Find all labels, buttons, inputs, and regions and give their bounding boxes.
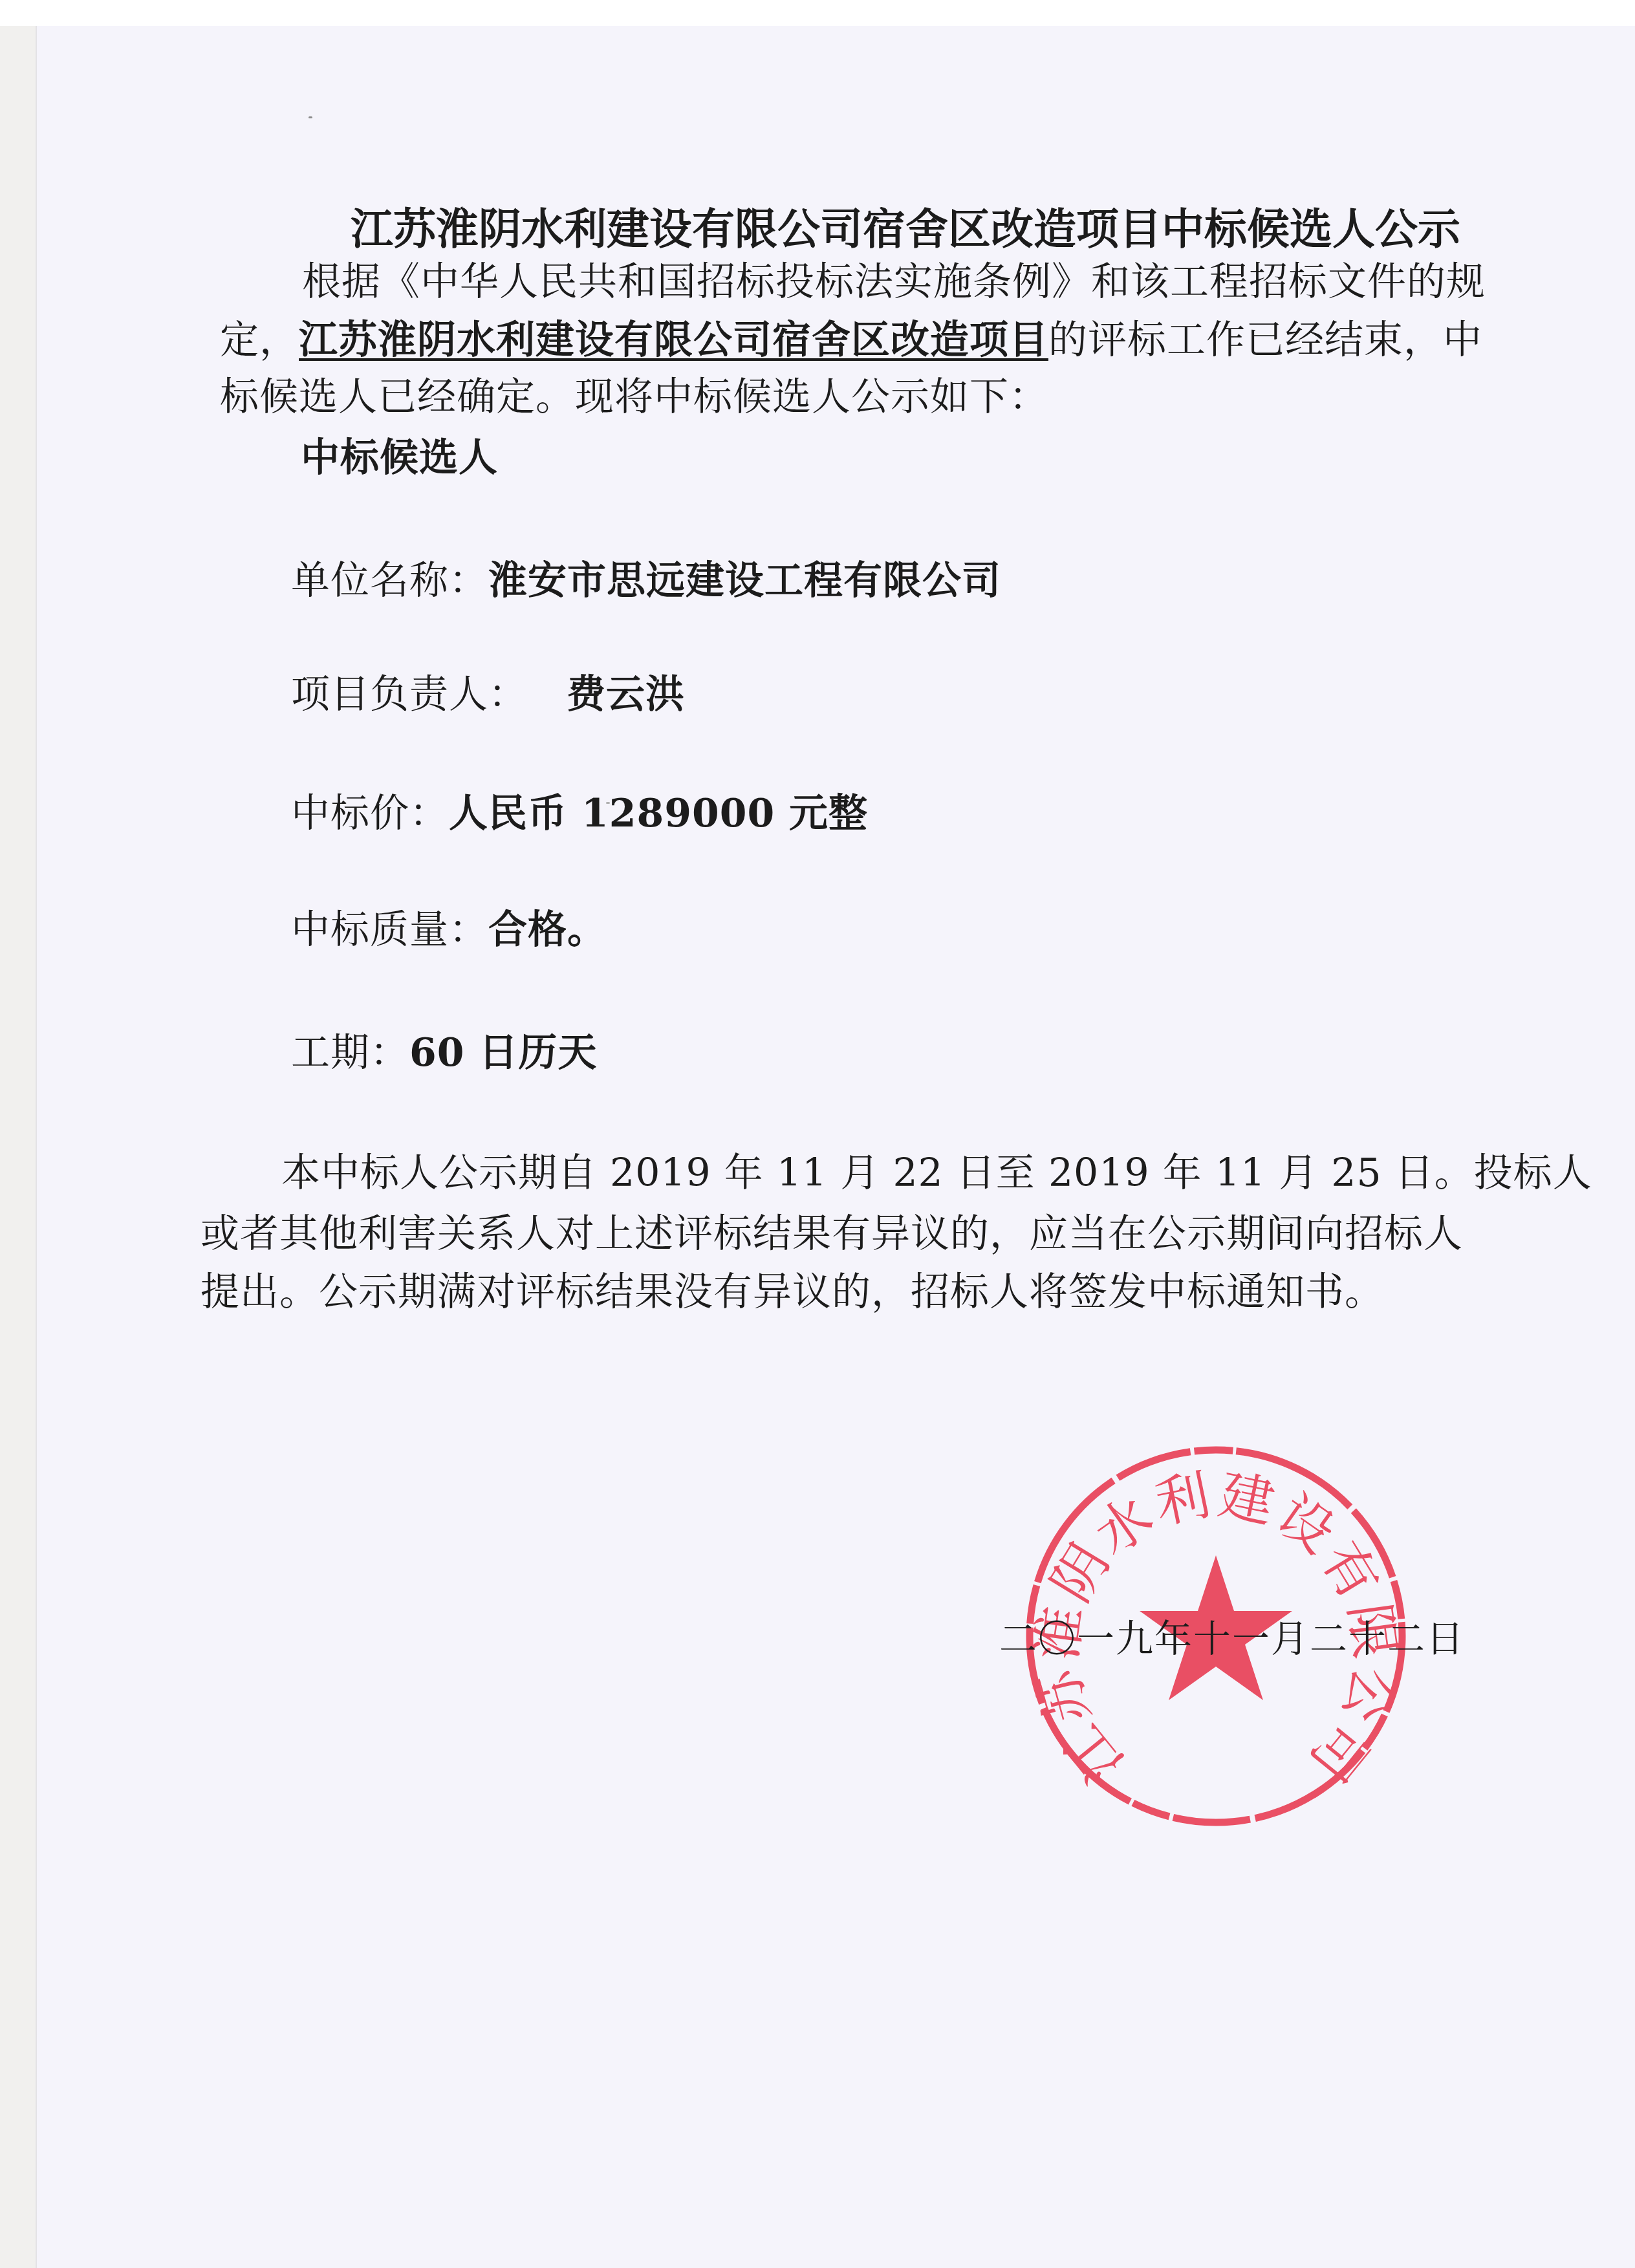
field-value: 60 日历天	[409, 1030, 597, 1075]
document-title: 江苏淮阴水利建设有限公司宿舍区改造项目中标候选人公示	[351, 206, 1460, 252]
field-unit-name: 单位名称：淮安市思远建设工程有限公司	[291, 557, 1001, 604]
field-label: 单位名称：	[291, 558, 488, 603]
field-project-manager: 项目负责人：费云洪	[291, 671, 685, 718]
signature-date: 二〇一九年十一月二十二日	[999, 1615, 1465, 1662]
field-quality: 中标质量：合格。	[291, 907, 607, 953]
intro-line-3: 标候选人已经确定。现将中标候选人公示如下：	[220, 374, 1048, 420]
scan-top-margin	[0, 0, 1635, 26]
notice-line-1: 本中标人公示期自 2019 年 11 月 22 日至 2019 年 11 月 2…	[281, 1150, 1592, 1196]
document-page: 江苏淮阴水利建设有限公司宿舍区改造项目中标候选人公示 根据《中华人民共和国招标投…	[37, 26, 1635, 2268]
intro-suffix: 的评标工作已经结束，中	[1048, 318, 1482, 363]
field-value: 费云洪	[567, 672, 685, 717]
intro-prefix: 定，	[220, 318, 299, 363]
project-name-underlined: 江苏淮阴水利建设有限公司宿舍区改造项目	[299, 318, 1048, 363]
field-duration: 工期：60 日历天	[291, 1030, 597, 1076]
field-label: 中标质量：	[291, 907, 488, 953]
candidate-heading: 中标候选人	[301, 435, 498, 481]
scan-speck	[606, 802, 610, 804]
notice-line-3: 提出。公示期满对评标结果没有异议的，招标人将签发中标通知书。	[200, 1269, 1384, 1315]
notice-line-2: 或者其他利害关系人对上述评标结果有异议的，应当在公示期间向招标人	[200, 1211, 1463, 1257]
scan-left-margin	[0, 26, 37, 2268]
field-value: 淮安市思远建设工程有限公司	[488, 558, 1001, 603]
field-label: 工期：	[291, 1030, 409, 1075]
scan-speck	[309, 116, 312, 118]
field-label: 中标价：	[291, 791, 449, 836]
intro-line-2: 定，江苏淮阴水利建设有限公司宿舍区改造项目的评标工作已经结束，中	[220, 317, 1482, 363]
field-value: 人民币 1289000 元整	[449, 791, 868, 836]
field-bid-price: 中标价：人民币 1289000 元整	[291, 790, 868, 837]
field-value: 合格。	[488, 907, 607, 953]
intro-line-1: 根据《中华人民共和国招标投标法实施条例》和该工程招标文件的规	[302, 259, 1486, 305]
field-label: 项目负责人：	[291, 672, 528, 717]
